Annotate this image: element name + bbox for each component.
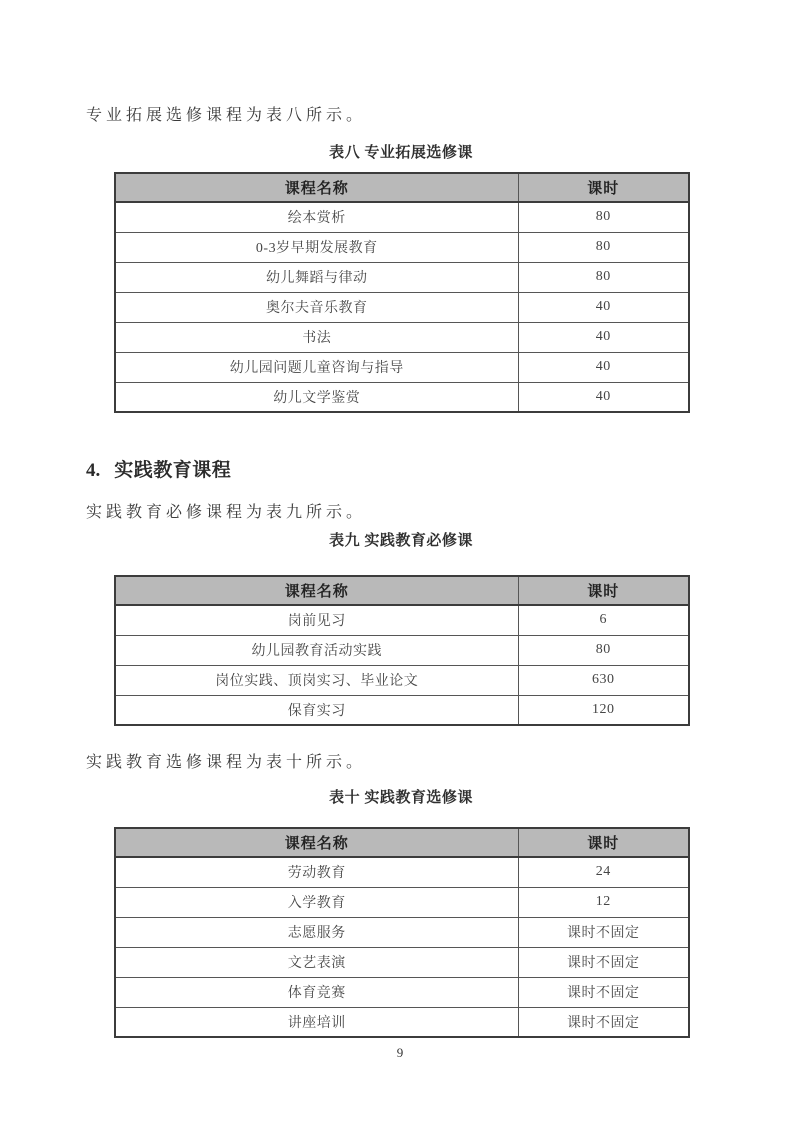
- class-hours-cell: 40: [518, 382, 689, 412]
- table-row: 0-3岁早期发展教育80: [115, 232, 689, 262]
- table-row: 文艺表演课时不固定: [115, 947, 689, 977]
- table10-caption: 表十 实践教育选修课: [114, 788, 688, 808]
- paragraph-practice-elective: 实践教育选修课程为表十所示。: [0, 752, 800, 774]
- document-page: 专业拓展选修课程为表八所示。 表八 专业拓展选修课 课程名称课时绘本赏析800-…: [0, 0, 800, 1130]
- table-row: 绘本赏析80: [115, 202, 689, 232]
- course-name-cell: 绘本赏析: [115, 202, 518, 232]
- paragraph-practice-required: 实践教育必修课程为表九所示。: [0, 502, 800, 524]
- section-heading-text: 实践教育课程: [114, 460, 231, 481]
- class-hours-cell: 12: [518, 887, 689, 917]
- class-hours-cell: 课时不固定: [518, 947, 689, 977]
- table-row: 体育竞赛课时不固定: [115, 977, 689, 1007]
- course-name-cell: 幼儿文学鉴赏: [115, 382, 518, 412]
- table-row: 幼儿园问题儿童咨询与指导40: [115, 352, 689, 382]
- course-name-cell: 奥尔夫音乐教育: [115, 292, 518, 322]
- table-row: 讲座培训课时不固定: [115, 1007, 689, 1037]
- table-row: 幼儿园教育活动实践80: [115, 635, 689, 665]
- col-header-class-hours: 课时: [518, 828, 689, 857]
- class-hours-cell: 80: [518, 635, 689, 665]
- section-heading-number: 4.: [86, 457, 100, 485]
- class-hours-cell: 80: [518, 262, 689, 292]
- class-hours-cell: 80: [518, 232, 689, 262]
- course-name-cell: 体育竞赛: [115, 977, 518, 1007]
- table-row: 岗前见习6: [115, 605, 689, 635]
- course-name-cell: 文艺表演: [115, 947, 518, 977]
- col-header-course-name: 课程名称: [115, 828, 518, 857]
- class-hours-cell: 120: [518, 695, 689, 725]
- class-hours-cell: 40: [518, 322, 689, 352]
- course-name-cell: 入学教育: [115, 887, 518, 917]
- col-header-course-name: 课程名称: [115, 576, 518, 605]
- course-name-cell: 0-3岁早期发展教育: [115, 232, 518, 262]
- table-row: 劳动教育24: [115, 857, 689, 887]
- class-hours-cell: 40: [518, 352, 689, 382]
- table9-practice-required-courses: 课程名称课时岗前见习6幼儿园教育活动实践80岗位实践、顶岗实习、毕业论文630保…: [114, 575, 690, 726]
- col-header-course-name: 课程名称: [115, 173, 518, 202]
- course-name-cell: 书法: [115, 322, 518, 352]
- table-header-row: 课程名称课时: [115, 173, 689, 202]
- section-heading-practice-education: 4.实践教育课程: [0, 457, 800, 485]
- table-row: 幼儿文学鉴赏40: [115, 382, 689, 412]
- class-hours-cell: 80: [518, 202, 689, 232]
- table-row: 保育实习120: [115, 695, 689, 725]
- table-row: 志愿服务课时不固定: [115, 917, 689, 947]
- course-name-cell: 幼儿舞蹈与律动: [115, 262, 518, 292]
- course-name-cell: 劳动教育: [115, 857, 518, 887]
- paragraph-elective-expansion: 专业拓展选修课程为表八所示。: [0, 0, 800, 127]
- table9-caption: 表九 实践教育必修课: [114, 531, 688, 551]
- course-name-cell: 岗位实践、顶岗实习、毕业论文: [115, 665, 518, 695]
- table-header-row: 课程名称课时: [115, 576, 689, 605]
- table-row: 幼儿舞蹈与律动80: [115, 262, 689, 292]
- course-name-cell: 讲座培训: [115, 1007, 518, 1037]
- table-row: 奥尔夫音乐教育40: [115, 292, 689, 322]
- class-hours-cell: 40: [518, 292, 689, 322]
- page-number: 9: [0, 1045, 800, 1061]
- table-row: 书法40: [115, 322, 689, 352]
- table-row: 岗位实践、顶岗实习、毕业论文630: [115, 665, 689, 695]
- course-name-cell: 保育实习: [115, 695, 518, 725]
- class-hours-cell: 课时不固定: [518, 977, 689, 1007]
- course-name-cell: 岗前见习: [115, 605, 518, 635]
- course-name-cell: 志愿服务: [115, 917, 518, 947]
- col-header-class-hours: 课时: [518, 576, 689, 605]
- table8-professional-elective-courses: 课程名称课时绘本赏析800-3岁早期发展教育80幼儿舞蹈与律动80奥尔夫音乐教育…: [114, 172, 690, 413]
- table-row: 入学教育12: [115, 887, 689, 917]
- table8-caption: 表八 专业拓展选修课: [114, 143, 688, 163]
- table10-practice-elective-courses: 课程名称课时劳动教育24入学教育12志愿服务课时不固定文艺表演课时不固定体育竞赛…: [114, 827, 690, 1038]
- class-hours-cell: 24: [518, 857, 689, 887]
- course-name-cell: 幼儿园教育活动实践: [115, 635, 518, 665]
- class-hours-cell: 课时不固定: [518, 917, 689, 947]
- course-name-cell: 幼儿园问题儿童咨询与指导: [115, 352, 518, 382]
- class-hours-cell: 课时不固定: [518, 1007, 689, 1037]
- class-hours-cell: 630: [518, 665, 689, 695]
- class-hours-cell: 6: [518, 605, 689, 635]
- col-header-class-hours: 课时: [518, 173, 689, 202]
- table-header-row: 课程名称课时: [115, 828, 689, 857]
